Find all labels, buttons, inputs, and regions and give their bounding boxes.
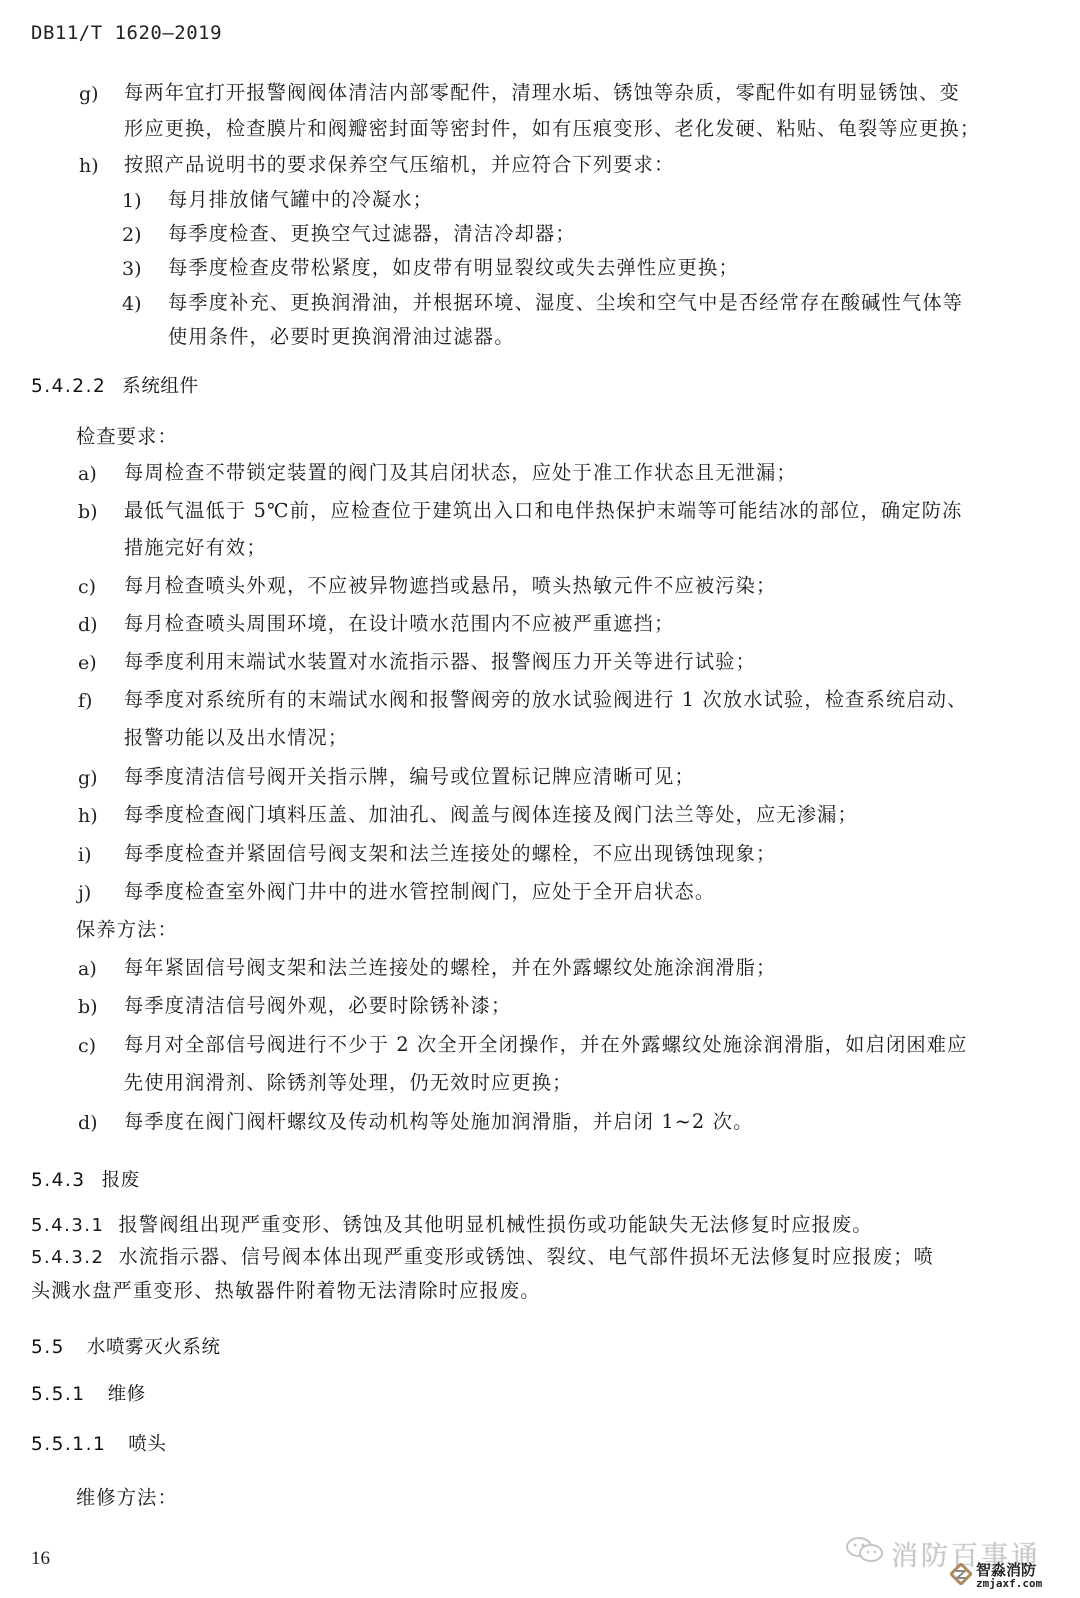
item-label: a): [78, 463, 97, 485]
clause-number: 5.4.3.1: [31, 1215, 104, 1236]
section-title: 喷头: [128, 1434, 166, 1455]
clause-number: 5.4.3.2: [31, 1247, 104, 1268]
item-text-line: 按照产品说明书的要求保养空气压缩机，并应符合下列要求：: [124, 154, 674, 176]
item-text-line: 最低气温低于 5℃前，应检查位于建筑出入口和电伴热保护末端等可能结冰的部位，确定…: [124, 500, 962, 522]
section-number: 5.4.2.2: [31, 376, 106, 397]
section-number: 5.5: [31, 1337, 65, 1358]
item-text-line: 每月检查喷头外观，不应被异物遮挡或悬吊，喷头热敏元件不应被污染；: [124, 575, 776, 597]
subitem-text-line: 每月排放储气罐中的冷凝水；: [168, 189, 433, 211]
item-text-line: 每季度检查并紧固信号阀支架和法兰连接处的螺栓，不应出现锈蚀现象；: [124, 843, 776, 865]
item-label: b): [78, 501, 98, 523]
subitem-text-line: 使用条件，必要时更换润滑油过滤器。: [168, 326, 515, 348]
item-text-line: 每季度检查室外阀门井中的进水管控制阀门，应处于全开启状态。: [124, 881, 715, 903]
inspection-label: 检查要求：: [76, 426, 178, 448]
item-label: c): [78, 576, 96, 598]
item-text-line: 每周检查不带锁定装置的阀门及其启闭状态，应处于准工作状态且无泄漏；: [124, 462, 797, 484]
item-label: c): [78, 1035, 96, 1057]
item-text-line: 形应更换，检查膜片和阀瓣密封面等密封件，如有压痕变形、老化发硬、粘贴、龟裂等应更…: [124, 118, 980, 140]
item-text-line: 每季度检查阀门填料压盖、加油孔、阀盖与阀体连接及阀门法兰等处，应无渗漏；: [124, 804, 858, 826]
clause-text-line: 头溅水盘严重变形、热敏器件附着物无法清除时应报废。: [31, 1280, 541, 1302]
clause-text-line: 报警阀组出现严重变形、锈蚀及其他明显机械性损伤或功能缺失无法修复时应报废。: [118, 1213, 872, 1236]
item-label: a): [78, 958, 97, 980]
section-heading-543: 5.4.3报废: [31, 1166, 140, 1192]
item-text-line: 报警功能以及出水情况；: [124, 727, 348, 749]
site-watermark: 智淼消防 zmjaxf.com: [950, 1562, 1042, 1590]
section-heading-551: 5.5.1维修: [31, 1380, 146, 1406]
item-text-line: 每月对全部信号阀进行不少于 2 次全开全闭操作，并在外露螺纹处施涂润滑脂，如启闭…: [124, 1034, 968, 1056]
section-number: 5.5.1: [31, 1384, 86, 1405]
site-logo-icon: [950, 1563, 972, 1589]
wechat-icon: [845, 1535, 885, 1572]
item-label: i): [78, 844, 92, 866]
item-text-line: 每季度在阀门阀杆螺纹及传动机构等处施加润滑脂，并启闭 1~2 次。: [124, 1111, 754, 1133]
item-label: h): [78, 805, 98, 827]
item-text-line: 每季度清洁信号阀外观，必要时除锈补漆；: [124, 995, 511, 1017]
clause-5431: 5.4.3.1报警阀组出现严重变形、锈蚀及其他明显机械性损伤或功能缺失无法修复时…: [31, 1214, 873, 1237]
item-text-line: 措施完好有效；: [124, 537, 267, 559]
section-title: 系统组件: [122, 376, 198, 397]
section-heading-55: 5.5水喷雾灭火系统: [31, 1333, 221, 1359]
section-number: 5.4.3: [31, 1170, 86, 1191]
section-number: 5.5.1.1: [31, 1434, 106, 1455]
clause-text-line: 水流指示器、信号阀本体出现严重变形或锈蚀、裂纹、电气部件损坏无法修复时应报废；喷: [118, 1245, 934, 1268]
item-label: f): [78, 690, 92, 712]
item-label: j): [78, 882, 91, 904]
section-heading-5511: 5.5.1.1喷头: [31, 1430, 166, 1456]
item-text-line: 每季度利用末端试水装置对水流指示器、报警阀压力开关等进行试验；: [124, 651, 756, 673]
item-text-line: 每季度清洁信号阀开关指示牌，编号或位置标记牌应清晰可见；: [124, 766, 695, 788]
site-domain: zmjaxf.com: [976, 1578, 1042, 1590]
item-label: d): [78, 614, 98, 636]
subitem-text-line: 每季度检查皮带松紧度，如皮带有明显裂纹或失去弹性应更换；: [168, 257, 739, 279]
item-label: g): [78, 767, 98, 789]
section-title: 维修: [108, 1384, 146, 1405]
item-label: h): [79, 155, 99, 177]
item-text-line: 每季度对系统所有的末端试水阀和报警阀旁的放水试验阀进行 1 次放水试验，检查系统…: [124, 689, 968, 711]
standard-code: DB11/T 1620—2019: [31, 22, 222, 44]
item-label: d): [78, 1112, 98, 1134]
section-heading-5422: 5.4.2.2系统组件: [31, 372, 199, 398]
item-label: g): [79, 83, 99, 105]
item-text-line: 先使用润滑剂、除锈剂等处理，仍无效时应更换；: [124, 1072, 573, 1094]
site-name: 智淼消防: [976, 1562, 1042, 1578]
section-title: 报废: [102, 1170, 140, 1191]
section-title: 水喷雾灭火系统: [87, 1337, 221, 1358]
subitem-text-line: 每季度检查、更换空气过滤器，清洁冷却器；: [168, 223, 576, 245]
item-label: b): [78, 996, 98, 1018]
item-label: e): [78, 652, 97, 674]
repair-method-label: 维修方法：: [76, 1487, 178, 1509]
subitem-label: 1): [122, 190, 142, 212]
subitem-label: 3): [122, 258, 142, 280]
subitem-label: 4): [122, 293, 142, 315]
page-number: 16: [31, 1548, 50, 1570]
maintenance-label: 保养方法：: [76, 919, 178, 941]
subitem-label: 2): [122, 224, 142, 246]
item-text-line: 每年紧固信号阀支架和法兰连接处的螺栓，并在外露螺纹处施涂润滑脂；: [124, 957, 776, 979]
clause-5432: 5.4.3.2水流指示器、信号阀本体出现严重变形或锈蚀、裂纹、电气部件损坏无法修…: [31, 1246, 934, 1269]
subitem-text-line: 每季度补充、更换润滑油，并根据环境、湿度、尘埃和空气中是否经常存在酸碱性气体等: [168, 292, 963, 314]
item-text-line: 每两年宜打开报警阀阀体清洁内部零配件，清理水垢、锈蚀等杂质，零配件如有明显锈蚀、…: [124, 82, 960, 104]
item-text-line: 每月检查喷头周围环境，在设计喷水范围内不应被严重遮挡；: [124, 613, 674, 635]
